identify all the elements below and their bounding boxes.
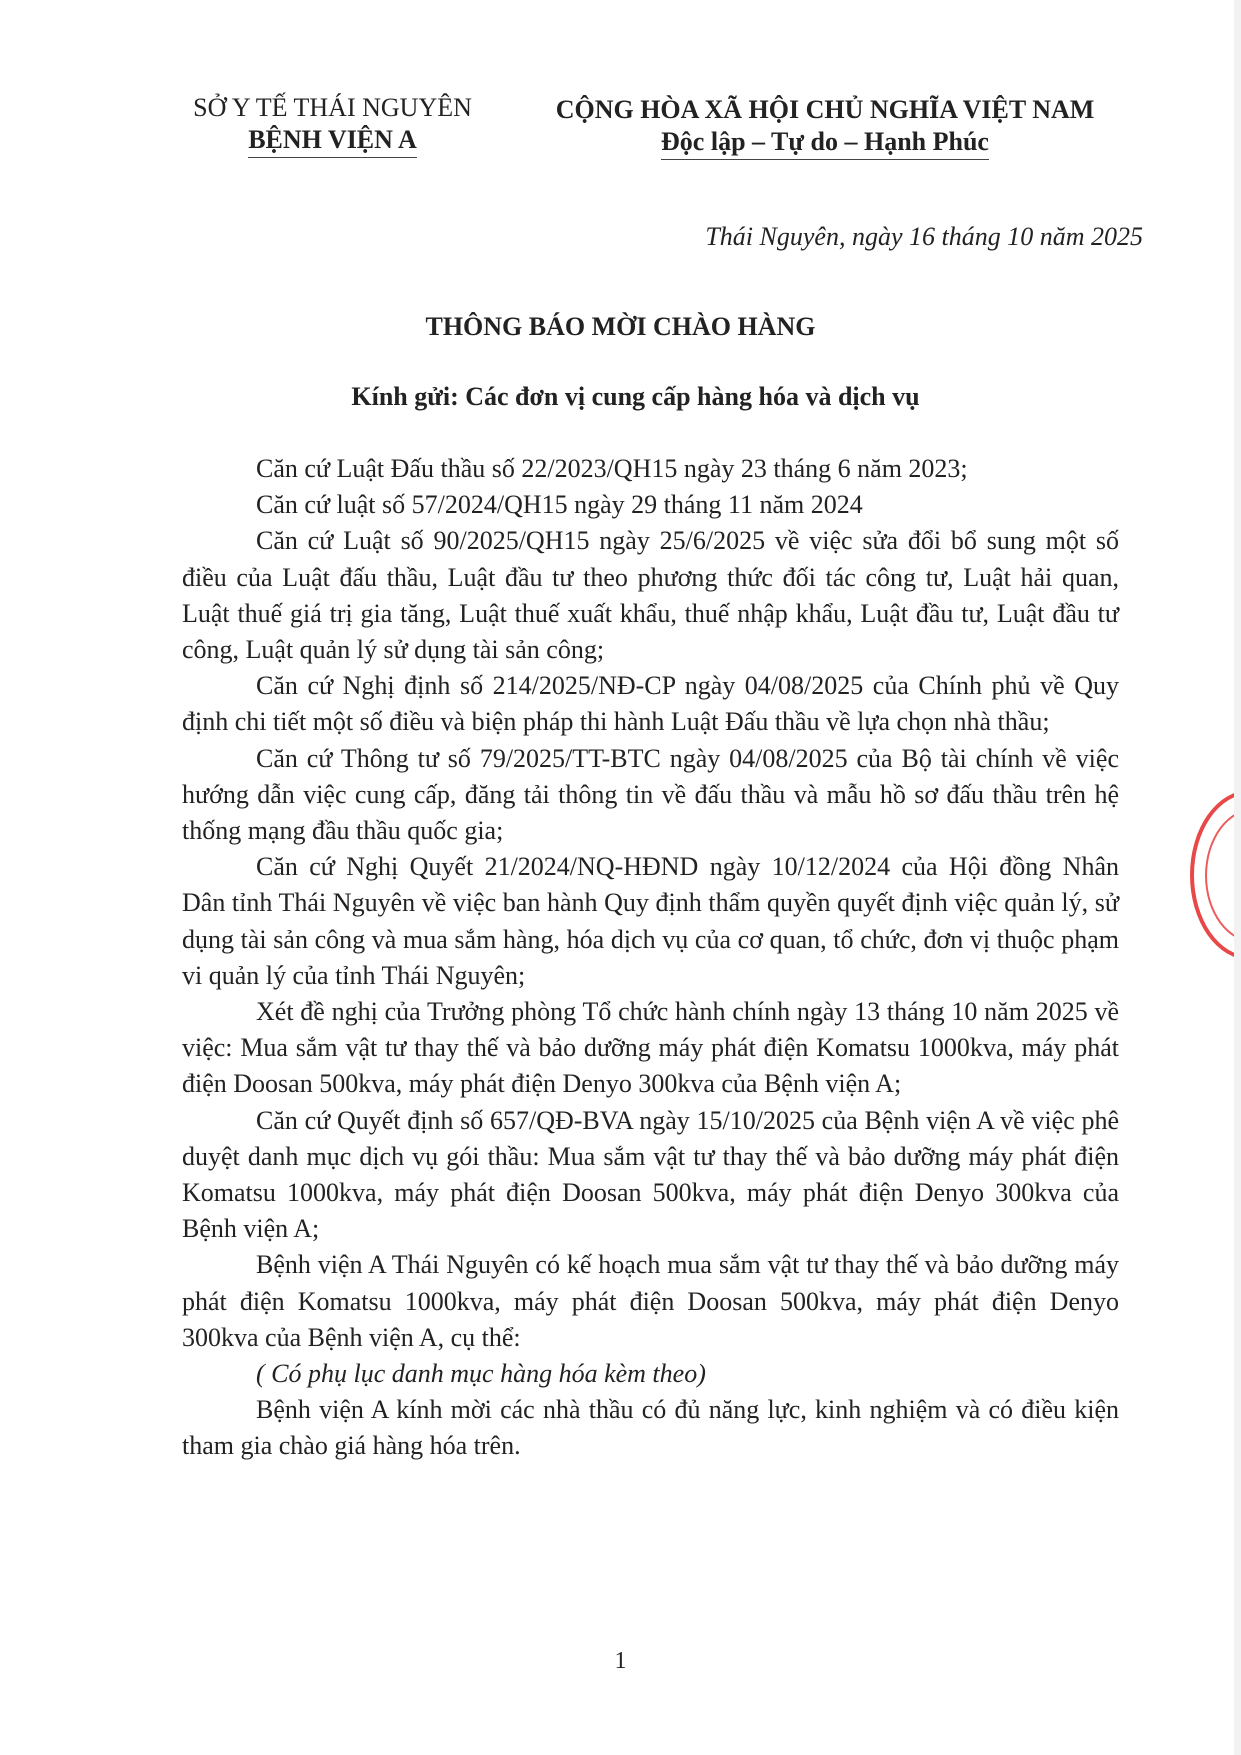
document-body: Căn cứ Luật Đấu thầu số 22/2023/QH15 ngà… xyxy=(182,451,1119,1465)
paragraph: Xét đề nghị của Trưởng phòng Tổ chức hàn… xyxy=(182,994,1119,1103)
national-header: CỘNG HÒA XÃ HỘI CHỦ NGHĨA VIỆT NAM Độc l… xyxy=(530,94,1120,160)
national-motto: Độc lập – Tự do – Hạnh Phúc xyxy=(661,126,989,160)
paragraph: Căn cứ Thông tư số 79/2025/TT-BTC ngày 0… xyxy=(182,741,1119,850)
paragraph: Bệnh viện A Thái Nguyên có kế hoạch mua … xyxy=(182,1247,1119,1356)
page-number: 1 xyxy=(0,1648,1241,1675)
date-line: Thái Nguyên, ngày 16 tháng 10 năm 2025 xyxy=(705,222,1143,252)
paragraph: Căn cứ Luật Đấu thầu số 22/2023/QH15 ngà… xyxy=(182,451,1119,487)
page-edge xyxy=(1234,0,1241,1755)
country-name: CỘNG HÒA XÃ HỘI CHỦ NGHĨA VIỆT NAM xyxy=(530,94,1120,126)
paragraph: Căn cứ Nghị định số 214/2025/NĐ-CP ngày … xyxy=(182,668,1119,740)
department-name: SỞ Y TẾ THÁI NGUYÊN xyxy=(180,92,485,124)
document-title: THÔNG BÁO MỜI CHÀO HÀNG xyxy=(0,312,1241,342)
paragraph: Bệnh viện A kính mời các nhà thầu có đủ … xyxy=(182,1392,1119,1464)
organization-name: BỆNH VIỆN A xyxy=(248,124,417,158)
paragraph: Căn cứ Luật số 90/2025/QH15 ngày 25/6/20… xyxy=(182,523,1119,668)
issuer-block: SỞ Y TẾ THÁI NGUYÊN BỆNH VIỆN A xyxy=(180,92,485,158)
paragraph: Căn cứ luật số 57/2024/QH15 ngày 29 thán… xyxy=(182,487,1119,523)
recipient-line: Kính gửi: Các đơn vị cung cấp hàng hóa v… xyxy=(0,382,1241,412)
appendix-note: ( Có phụ lục danh mục hàng hóa kèm theo) xyxy=(182,1356,1119,1392)
document-page: SỞ Y TẾ THÁI NGUYÊN BỆNH VIỆN A CỘNG HÒA… xyxy=(0,0,1241,1755)
paragraph: Căn cứ Nghị Quyết 21/2024/NQ-HĐND ngày 1… xyxy=(182,849,1119,994)
paragraph: Căn cứ Quyết định số 657/QĐ-BVA ngày 15/… xyxy=(182,1103,1119,1248)
